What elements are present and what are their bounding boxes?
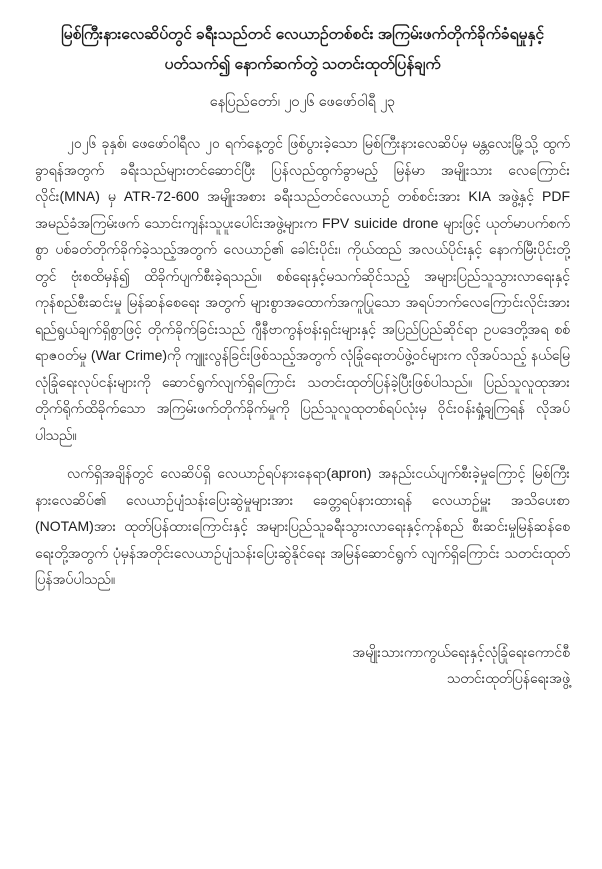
paragraph-1: ၂၀၂၆ ခုနှစ်၊ ဖေဖော်ဝါရီလ ၂၀ ရက်နေ့တွင် ဖ… (35, 130, 570, 448)
signature-department: သတင်းထုတ်ပြန်ရေးအဖွဲ့ (35, 665, 570, 692)
document-title: မြစ်ကြီးနားလေဆိပ်တွင် ခရီးသည်တင် လေယာဉ်တ… (35, 20, 570, 80)
signature-organization: အမျိုးသားကာကွယ်ရေးနှင့်လုံခြုံရေးကောင်စီ (35, 639, 570, 666)
title-line-2: ပတ်သက်၍ နောက်ဆက်တွဲ သတင်းထုတ်ပြန်ချက် (35, 50, 570, 80)
title-line-1: မြစ်ကြီးနားလေဆိပ်တွင် ခရီးသည်တင် လေယာဉ်တ… (35, 20, 570, 50)
signature-block: အမျိုးသားကာကွယ်ရေးနှင့်လုံခြုံရေးကောင်စီ… (35, 639, 570, 692)
paragraph-2: လက်ရှိအချိန်တွင် လေဆိပ်ရှိ လေယာဉ်ရပ်နားန… (35, 460, 570, 593)
press-release-page: မြစ်ကြီးနားလေဆိပ်တွင် ခရီးသည်တင် လေယာဉ်တ… (0, 0, 602, 869)
dateline: နေပြည်တော်၊ ၂၀၂၆ ဖေဖော်ဝါရီ ၂၃ (35, 90, 570, 114)
